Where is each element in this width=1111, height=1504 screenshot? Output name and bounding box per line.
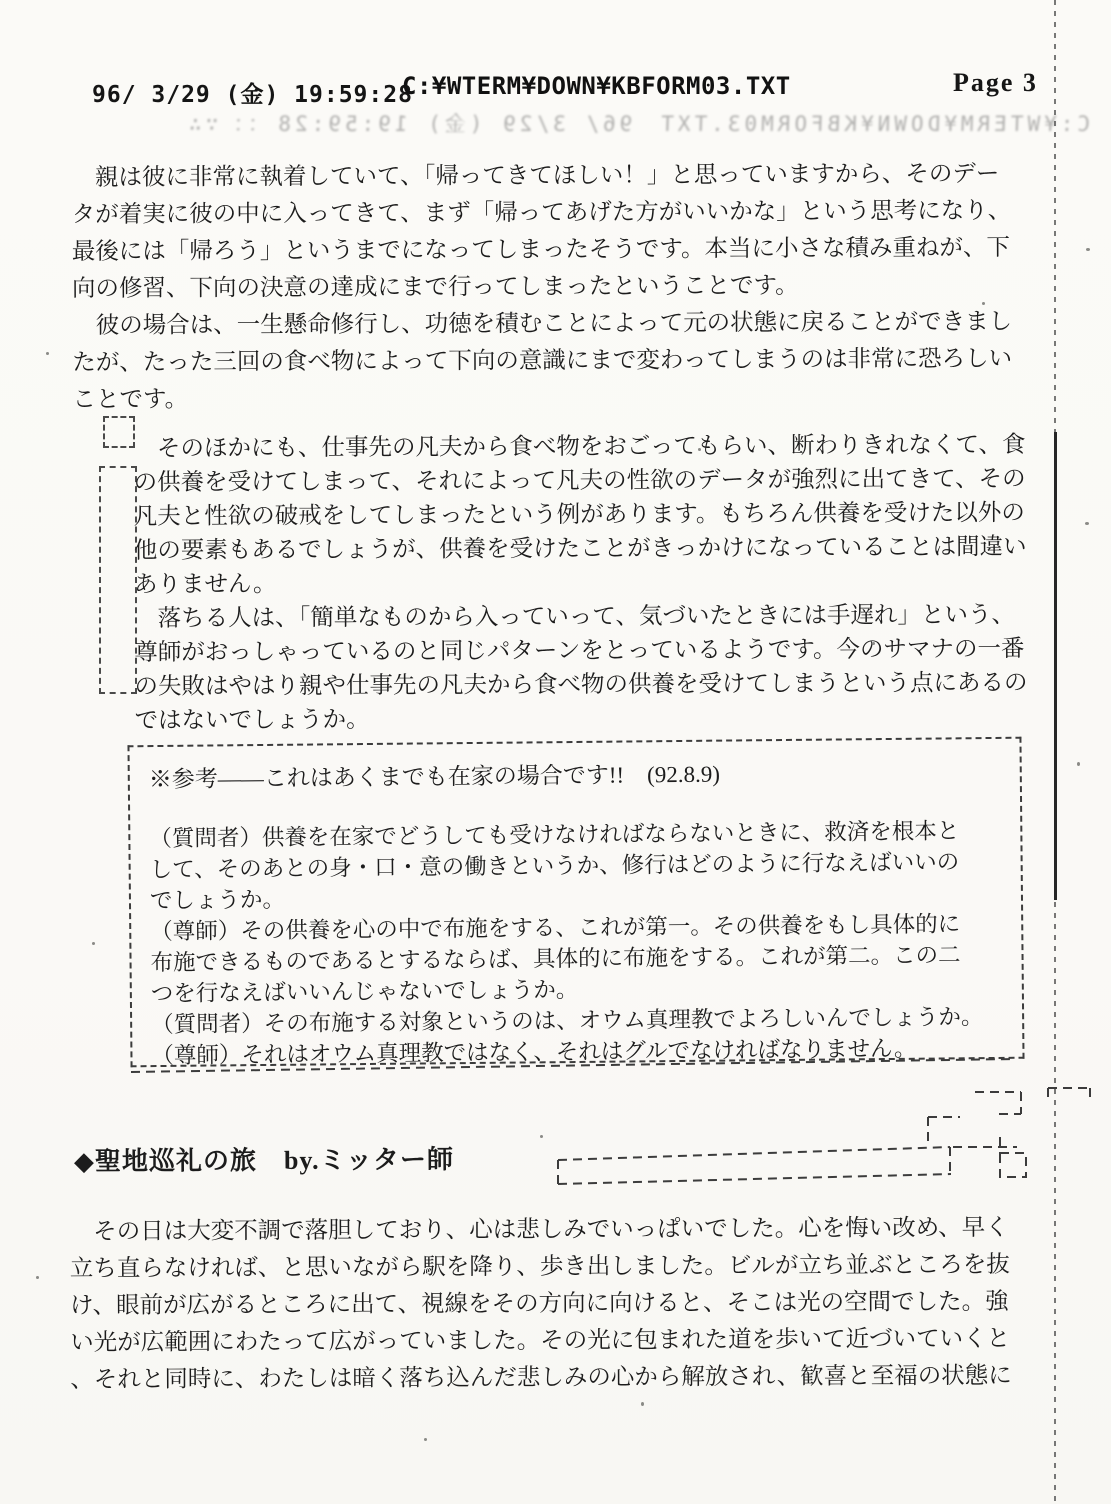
scan-speckle bbox=[698, 448, 701, 451]
text-line: そのほかにも、仕事先の凡夫から食べ物をおごってもらい、断わりきれなくて、食 bbox=[133, 428, 1026, 466]
scan-speckle bbox=[641, 1402, 644, 1406]
margin-dashed-square-mark bbox=[103, 416, 135, 448]
text-line: ではないでしょうか。 bbox=[135, 700, 1028, 738]
text-line: け、眼前が広がるところに出て、視線をその方向に向けると、そこは光の空間でした。強 bbox=[70, 1284, 1012, 1325]
text-line: その日は大変不調で落胆しており、心は悲しみでいっぱいでした。心を悔い改め、早く bbox=[70, 1210, 1012, 1251]
text-line: タが着実に彼の中に入ってきて、まず「帰ってあげた方がいいかな」という思考になり、 bbox=[72, 193, 1012, 234]
scan-speckle bbox=[1086, 248, 1090, 251]
text-line: 最後には「帰ろう」というまでになってしまったそうです。本当に小さな積み重ねが、下 bbox=[72, 230, 1012, 271]
scan-speckle bbox=[872, 642, 875, 645]
text-line: 尊師がおっしゃっているのと同じパターンをとっているようです。今のサマナの一番 bbox=[134, 632, 1027, 670]
text-line: 彼の場合は、一生懸命修行し、功徳を積むことによって元の状態に戻ることができまし bbox=[72, 304, 1012, 345]
ghost-showthrough-text: C:¥WTERM¥DOWN¥KBFORM03.TXT 96/ 3/29 (金) … bbox=[29, 108, 1090, 138]
scan-edge-solid-line bbox=[1054, 432, 1057, 900]
text-line: の供養を受けてしまって、それによって凡夫の性欲のデータが強烈に出てきて、その bbox=[133, 462, 1026, 500]
page-header: 96/ 3/29 (金) 19:59:28 C:¥WTERM¥DOWN¥KBFO… bbox=[0, 76, 1111, 112]
scan-speckle bbox=[1077, 762, 1080, 766]
header-filepath: C:¥WTERM¥DOWN¥KBFORM03.TXT bbox=[402, 72, 791, 100]
scan-speckle bbox=[982, 302, 985, 305]
text-line: 落ちる人は、「簡単なものから入っていって、気づいたときには手遅れ」という、 bbox=[134, 598, 1027, 636]
text-line: ありません。 bbox=[134, 564, 1027, 602]
scan-speckle bbox=[46, 352, 49, 355]
text-line: い光が広範囲にわたって広がっていました。その光に包まれた道を歩いて近づいていくと bbox=[70, 1321, 1012, 1362]
scan-speckle bbox=[424, 1438, 427, 1441]
header-datetime: 96/ 3/29 (金) 19:59:28 bbox=[92, 76, 413, 109]
paragraph-block-final: その日は大変不調で落胆しており、心は悲しみでいっぱいでした。心を悔い改め、早く … bbox=[70, 1210, 1012, 1399]
scanned-document-page: 96/ 3/29 (金) 19:59:28 C:¥WTERM¥DOWN¥KBFO… bbox=[0, 0, 1111, 1504]
margin-dashed-bracket-mark bbox=[99, 466, 137, 694]
text-line: の失敗はやはり親や仕事先の凡夫から食べ物の供養を受けてしまうという点にあるの bbox=[134, 666, 1027, 704]
text-line: 凡夫と性欲の破戒をしてしまったという例があります。もちろん供養を受けた以外の bbox=[134, 496, 1027, 534]
text-line: 他の要素もあるでしょうが、供養を受けたことがきっかけになっていることは間違い bbox=[134, 530, 1027, 568]
text-line: たが、たった三回の食べ物によって下向の意識にまで変わってしまうのは非常に恐ろしい bbox=[72, 341, 1012, 382]
reference-quote-box: ※参考――これはあくまでも在家の場合です!! (92.8.9) （質問者）供養を… bbox=[127, 737, 1024, 1068]
header-page-number: Page 3 bbox=[953, 68, 1038, 98]
reference-box-title: ※参考――これはあくまでも在家の場合です!! (92.8.9) bbox=[149, 755, 1000, 797]
text-line: ことです。 bbox=[72, 378, 1012, 419]
scan-speckle bbox=[1085, 522, 1089, 525]
paragraph-block-top: 親は彼に非常に執着していて、「帰ってきてほしい！」と思っていますから、そのデー … bbox=[71, 156, 1012, 419]
text-line: 立ち直らなければ、と思いながら駅を降り、歩き出しました。ビルが立ち並ぶところを抜 bbox=[70, 1247, 1012, 1288]
paragraph-block-middle: そのほかにも、仕事先の凡夫から食べ物をおごってもらい、断わりきれなくて、食 の供… bbox=[133, 428, 1027, 738]
section-heading: ◆聖地巡礼の旅 by.ミッター師 bbox=[74, 1139, 454, 1178]
scan-speckle bbox=[92, 942, 95, 945]
scan-speckle bbox=[540, 1135, 543, 1138]
scan-speckle bbox=[36, 1276, 39, 1279]
text-line: 親は彼に非常に執着していて、「帰ってきてほしい！」と思っていますから、そのデー bbox=[71, 156, 1011, 197]
text-line: 向の修習、下向の決意の達成にまで行ってしまったということです。 bbox=[72, 267, 1012, 308]
text-line: 、それと同時に、わたしは暗く落ち込んだ悲しみの心から解放され、歓喜と至福の状態に bbox=[70, 1358, 1012, 1399]
